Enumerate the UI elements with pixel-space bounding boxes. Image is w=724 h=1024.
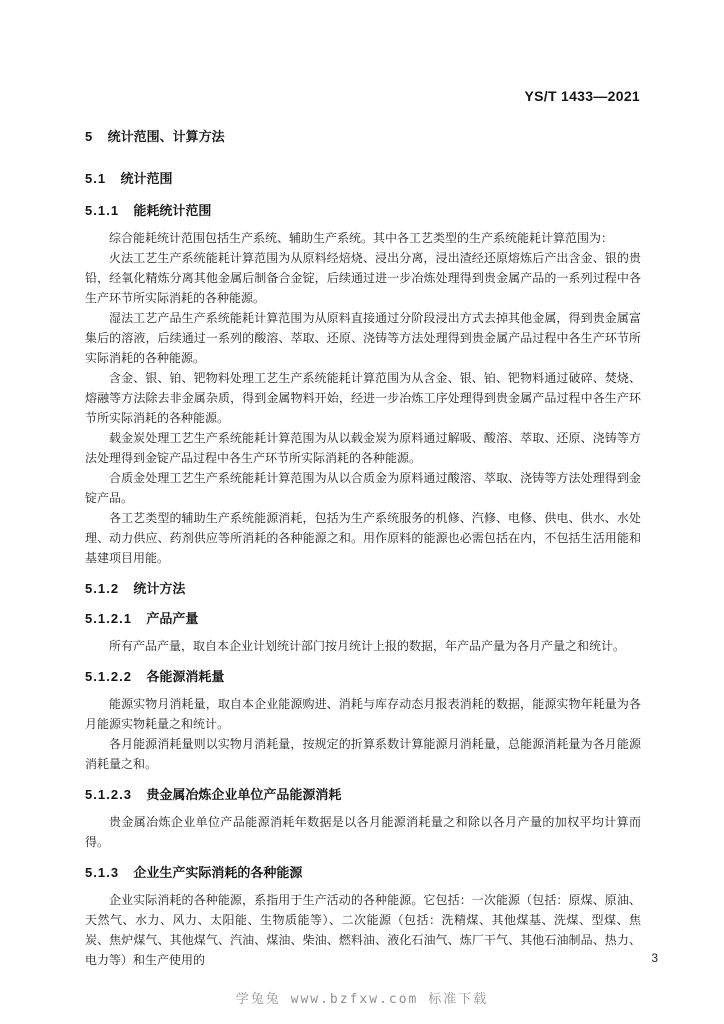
paragraph-dore-gold: 合质金处理工艺生产系统能耗计算范围为从以合质金为原料通过酸溶、萃取、浇铸等方法处… xyxy=(85,468,641,508)
heading-title: 产品产量 xyxy=(146,611,198,626)
heading-title: 统计范围、计算方法 xyxy=(108,129,225,144)
paragraph-product-output: 所有产品产量，取自本企业计划统计部门按月统计上报的数据，年产品产量为各月产量之和… xyxy=(85,636,641,656)
watermark: 学兔兔 www.bzfxw.com 标准下载 xyxy=(0,988,724,1007)
heading-number: 5.1.2.1 xyxy=(85,611,132,626)
page-number: 3 xyxy=(651,951,658,965)
heading-number: 5.1.1 xyxy=(85,203,119,218)
heading-title: 贵金属冶炼企业单位产品能源消耗 xyxy=(146,787,341,802)
section-5-1-2-3-body: 贵金属冶炼企业单位产品能源消耗年数据是以各月能源消耗量之和除以各月产量的加权平均… xyxy=(85,812,641,852)
heading-number: 5 xyxy=(85,129,93,144)
heading-5-1: 5.1统计范围 xyxy=(85,170,641,188)
paragraph-pyrometallurgy: 火法工艺生产系统能耗计算范围为从原料经焙烧、浸出分离，浸出渣经还原熔炼后产出含金… xyxy=(85,248,641,308)
heading-5-1-2: 5.1.2统计方法 xyxy=(85,580,641,598)
heading-number: 5.1.2.2 xyxy=(85,669,132,684)
heading-number: 5.1.2 xyxy=(85,581,119,596)
heading-number: 5.1.2.3 xyxy=(85,787,132,802)
heading-5: 5统计范围、计算方法 xyxy=(85,128,641,146)
heading-title: 能耗统计范围 xyxy=(133,203,211,218)
heading-title: 各能源消耗量 xyxy=(146,669,224,684)
heading-5-1-3: 5.1.3企业生产实际消耗的各种能源 xyxy=(85,864,641,882)
heading-number: 5.1 xyxy=(85,171,106,186)
heading-5-1-2-3: 5.1.2.3贵金属冶炼企业单位产品能源消耗 xyxy=(85,786,641,804)
section-5-1-1-body: 综合能耗统计范围包括生产系统、辅助生产系统。其中各工艺类型的生产系统能耗计算范围… xyxy=(85,228,641,568)
paragraph-unit-product-energy: 贵金属冶炼企业单位产品能源消耗年数据是以各月能源消耗量之和除以各月产量的加权平均… xyxy=(85,812,641,852)
heading-title: 企业生产实际消耗的各种能源 xyxy=(133,865,302,880)
paragraph-gold-silver-pt-pd-material: 含金、银、铂、钯物料处理工艺生产系统能耗计算范围为从含金、银、铂、钯物料通过破碎… xyxy=(85,368,641,428)
heading-5-1-1: 5.1.1能耗统计范围 xyxy=(85,202,641,220)
section-5-1-2-1-body: 所有产品产量，取自本企业计划统计部门按月统计上报的数据，年产品产量为各月产量之和… xyxy=(85,636,641,656)
paragraph-loaded-carbon: 载金炭处理工艺生产系统能耗计算范围为从以载金炭为原料通过解吸、酸溶、萃取、还原、… xyxy=(85,428,641,468)
section-5-1-3-body: 企业实际消耗的各种能源，系指用于生产活动的各种能源。它包括：一次能源（包括：原煤… xyxy=(85,890,641,970)
heading-title: 统计方法 xyxy=(133,581,185,596)
heading-title: 统计范围 xyxy=(121,171,173,186)
heading-5-1-2-2: 5.1.2.2各能源消耗量 xyxy=(85,668,641,686)
paragraph-comprehensive-scope: 综合能耗统计范围包括生产系统、辅助生产系统。其中各工艺类型的生产系统能耗计算范围… xyxy=(85,228,641,248)
paragraph-energy-types: 企业实际消耗的各种能源，系指用于生产活动的各种能源。它包括：一次能源（包括：原煤… xyxy=(85,890,641,970)
paragraph-hydrometallurgy: 湿法工艺产品生产系统能耗计算范围为从原料直接通过分阶段浸出方式去掉其他金属，得到… xyxy=(85,308,641,368)
document-page: YS/T 1433—2021 5统计范围、计算方法 5.1统计范围 5.1.1能… xyxy=(0,0,724,1024)
paragraph-energy-physical-consumption: 能源实物月消耗量，取自本企业能源购进、消耗与库存动态月报表消耗的数据，能源实物年… xyxy=(85,694,641,734)
paragraph-monthly-energy-conversion: 各月能源消耗量则以实物月消耗量，按规定的折算系数计算能源月消耗量，总能源消耗量为… xyxy=(85,734,641,774)
paragraph-auxiliary-systems: 各工艺类型的辅助生产系统能源消耗，包括为生产系统服务的机修、汽修、电修、供电、供… xyxy=(85,508,641,568)
section-5-1-2-2-body: 能源实物月消耗量，取自本企业能源购进、消耗与库存动态月报表消耗的数据，能源实物年… xyxy=(85,694,641,774)
standard-code: YS/T 1433—2021 xyxy=(525,88,641,104)
heading-5-1-2-1: 5.1.2.1产品产量 xyxy=(85,610,641,628)
document-content: 5统计范围、计算方法 5.1统计范围 5.1.1能耗统计范围 综合能耗统计范围包… xyxy=(85,120,641,970)
heading-number: 5.1.3 xyxy=(85,865,119,880)
